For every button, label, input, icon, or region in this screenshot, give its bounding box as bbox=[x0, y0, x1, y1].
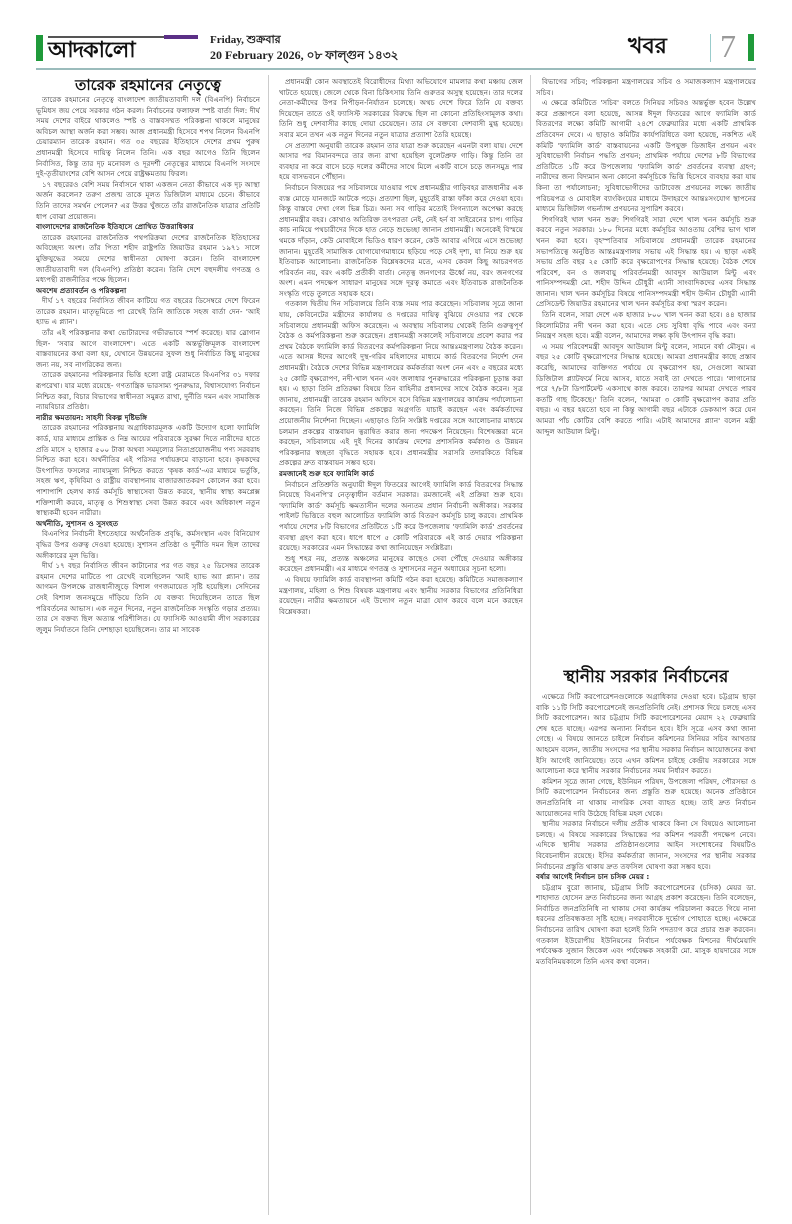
masthead-green-bar bbox=[36, 35, 43, 61]
article-subhead: বর্ষার আগেই নির্বাচন চান চসিক মেয়র : bbox=[536, 872, 756, 883]
article-paragraph: তাঁর এই পরিকল্পনার কথা ভোটারদের গভীরভাবে… bbox=[36, 328, 260, 370]
article-paragraph: দীর্ঘ ১৭ বছর নির্বাসিত জীবন কাটানোর পর গ… bbox=[36, 561, 260, 635]
article-subhead: অবশেষ প্রত্যাবর্তন ও পরিকল্পনা bbox=[36, 286, 260, 297]
article-paragraph: এ সময় পরিবেশমন্ত্রী আবদুস আউয়াল মিন্টু… bbox=[536, 342, 756, 437]
article-paragraph: চট্টগ্রাম বুরো জানায়, চট্টগ্রাম সিটি কর… bbox=[536, 883, 756, 968]
article-subhead: অর্থনীতি, সুশাসন ও সুসংহত bbox=[36, 519, 260, 530]
newspaper-logo: আদকালো bbox=[48, 39, 135, 63]
article-paragraph: সে প্রত্যাশা অনুযায়ী তারেক রহমান তার যা… bbox=[279, 141, 523, 183]
column-divider bbox=[268, 75, 269, 1215]
newspaper-masthead: আদকালো bbox=[36, 33, 206, 63]
article-headline-local-election: স্থানীয় সরকার নির্বাচনের bbox=[536, 666, 756, 688]
article-paragraph: কমিশন সূত্রে জানা গেছে, ইউনিয়ন পরিষদ, উ… bbox=[536, 777, 756, 819]
date-full: 20 February 2026, ০৮ ফাল্গুন ১৪৩২ bbox=[210, 47, 398, 63]
article-subhead: রমজানেই শুরু হবে ফ্যামিলি কার্ড bbox=[279, 469, 523, 480]
article-paragraph: দীর্ঘ ১৭ বছরের নির্বাসিত জীবন কাটিয়ে গত… bbox=[36, 296, 260, 328]
date-day: Friday, শুক্রবার bbox=[210, 34, 398, 47]
article-paragraph: ১৭ বছরেরও বেশি সময় নির্বাসনে থাকা একজন … bbox=[36, 180, 260, 222]
article-paragraph: এ ক্ষেত্রে কমিটিতে 'সচিব' বলতে সিনিয়র স… bbox=[536, 98, 756, 215]
article-continuation-column: প্রধানমন্ত্রী কোন অবস্থাতেই বিরোধীদের মি… bbox=[279, 77, 523, 1177]
header-rule bbox=[36, 68, 756, 70]
article-tarek-column: তারেক রহমানের নেতৃত্বে বাংলাদেশ জাতীয়তা… bbox=[36, 95, 260, 1220]
article-subhead: বাংলাদেশের রাজনৈতিক ইতিহাসে প্রোথিত উত্ত… bbox=[36, 222, 260, 233]
page-green-bar bbox=[748, 34, 754, 61]
date-block: Friday, শুক্রবার 20 February 2026, ০৮ ফা… bbox=[210, 34, 398, 63]
section-title: খবর bbox=[628, 35, 667, 59]
article-paragraph: তারেক রহমানের পরিকল্পনার ভিত্তি হলো রাষ্… bbox=[36, 370, 260, 412]
section-divider bbox=[710, 34, 711, 62]
article-paragraph: গতকাল দ্বিতীয় দিন সচিবালয়ে তিনি ব্যস্ত… bbox=[279, 299, 523, 469]
article-paragraph: নির্বাচনে প্রতিশ্রুতি অনুযায়ী ঈদুল ফিতর… bbox=[279, 480, 523, 554]
article-paragraph: বিভাগের সচিব; পরিকল্পনা মন্ত্রণালয়ের সচ… bbox=[536, 77, 756, 98]
article-paragraph: শিগগিরই খাল খনন শুরু: শিগগিরই সারা দেশে … bbox=[536, 215, 756, 310]
local-election-column: এক্ষেত্রে সিটি করপোরেশনগুলোকে অগ্রাধিকার… bbox=[536, 692, 756, 1212]
article-paragraph: বিএনপির নির্বাচনী ইশতেহারে অর্থনৈতিক প্র… bbox=[36, 529, 260, 561]
article-paragraph: তারেক রহমানের পরিকল্পনায় অগ্রাধিকারমূলক… bbox=[36, 423, 260, 518]
article-paragraph: এ বিষয়ে ফ্যামিলি কার্ড ব্যবস্থাপনা কমিট… bbox=[279, 575, 523, 617]
article-paragraph: স্থানীয় সরকার নির্বাচনে দলীয় প্রতীক থা… bbox=[536, 819, 756, 872]
article-paragraph: তিনি বলেন, সারা দেশে এক হাজার ৮০০ খাল খন… bbox=[536, 310, 756, 342]
article-paragraph: প্রধানমন্ত্রী কোন অবস্থাতেই বিরোধীদের মি… bbox=[279, 77, 523, 141]
article-subhead: নারীর ক্ষমতায়ন: সাহসী বিকল্প দৃষ্টিভঙ্গ… bbox=[36, 413, 260, 424]
article-paragraph: নির্বাচনে বিজয়ের পর সচিবালয়ে যাওয়ার প… bbox=[279, 183, 523, 300]
article-paragraph: এক্ষেত্রে সিটি করপোরেশনগুলোকে অগ্রাধিকার… bbox=[536, 692, 756, 777]
article-paragraph: তারেক রহমানের নেতৃত্বে বাংলাদেশ জাতীয়তা… bbox=[36, 95, 260, 180]
family-card-column: বিভাগের সচিব; পরিকল্পনা মন্ত্রণালয়ের সচ… bbox=[536, 77, 756, 662]
article-headline-tarek: তারেক রহমানের নেতৃত্বে bbox=[36, 76, 260, 94]
article-paragraph: তারেক রহমানের রাজনৈতিক পথপরিক্রমা দেশের … bbox=[36, 233, 260, 286]
column-divider bbox=[530, 75, 531, 1215]
page-number: 7 bbox=[720, 30, 736, 62]
masthead-tag bbox=[164, 35, 198, 39]
article-paragraph: শুধু শহর নয়, প্রত্যন্ত অঞ্চলের মানুষের … bbox=[279, 554, 523, 575]
